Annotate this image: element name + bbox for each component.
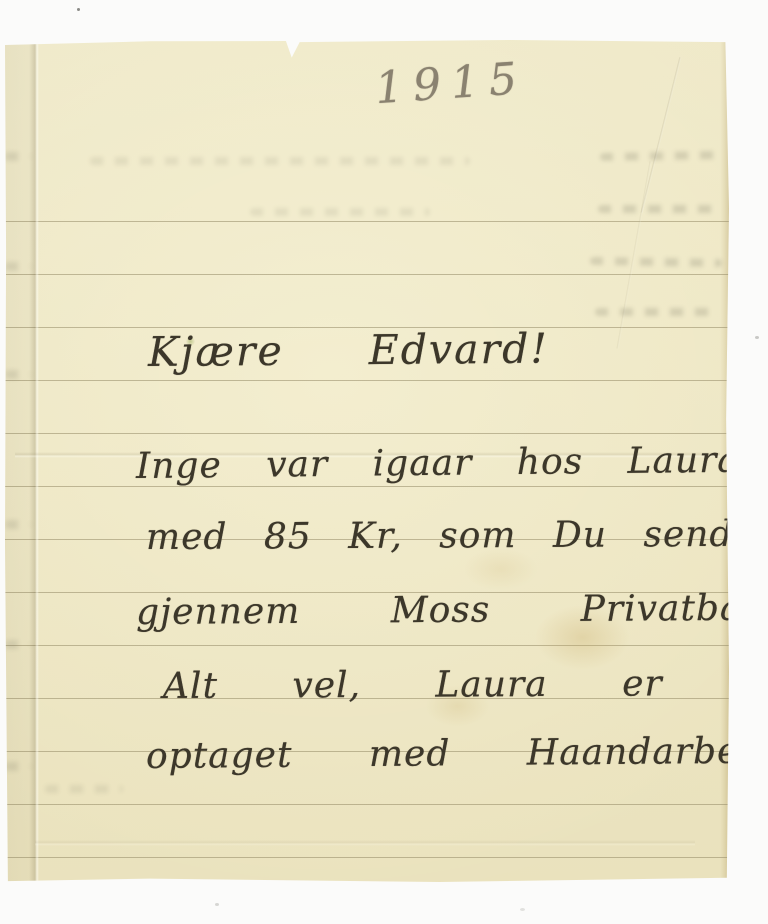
scan-speck xyxy=(215,903,219,906)
year-annotation: 1915 xyxy=(373,53,528,114)
handwritten-line: gjennem Moss Privatbank. xyxy=(136,587,768,633)
bleed-through-text xyxy=(5,520,31,529)
bleed-through-text xyxy=(598,205,722,213)
bleed-through-text xyxy=(250,208,430,216)
letter-paper-sheet: 1915 Kjære Edvard! Inge var igaar hos La… xyxy=(5,40,729,882)
bleed-through-text xyxy=(45,785,123,793)
diagonal-crease xyxy=(641,57,682,213)
handwritten-line: optaget med Haandarbeid, xyxy=(146,730,768,777)
scanned-letter-page: { "letter": { "year_annotation": "1915",… xyxy=(0,0,768,924)
salutation: Kjære Edvard! xyxy=(148,325,549,376)
bleed-through-text xyxy=(590,257,722,267)
scan-speck xyxy=(755,336,759,339)
handwritten-line: Inge var igaar hos Laura xyxy=(136,440,740,487)
scan-speck xyxy=(520,908,525,911)
bleed-through-text xyxy=(5,152,31,161)
left-fold-crease xyxy=(5,40,39,882)
bleed-through-text xyxy=(5,640,31,649)
bleed-through-text xyxy=(600,151,718,161)
bleed-through-text xyxy=(595,308,717,316)
diagonal-crease xyxy=(617,161,652,348)
bleed-through-text xyxy=(5,262,31,271)
scan-speck xyxy=(77,8,80,11)
handwritten-line: Alt vel, Laura er xyxy=(163,663,663,707)
bleed-through-text xyxy=(5,370,31,379)
horizontal-fold-crease xyxy=(35,840,695,846)
handwritten-line: med 85 Kr, som Du sendte xyxy=(146,514,768,558)
bleed-through-text xyxy=(5,762,31,771)
bleed-through-text xyxy=(90,157,470,165)
